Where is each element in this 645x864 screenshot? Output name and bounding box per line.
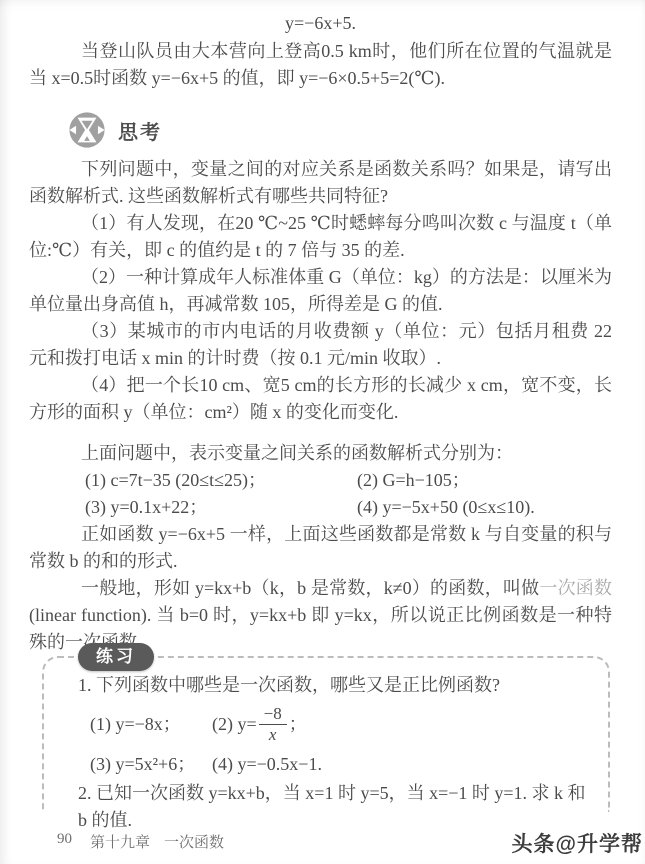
definition-text-pre: 一般地，形如 y=kx+b（k，b 是常数，k≠0）的函数，叫做: [81, 578, 539, 598]
solution-formula-1: (1) c=7t−35 (20≤t≤25)；: [85, 467, 357, 494]
solution-formula-3: (3) y=0.1x+22；: [85, 494, 357, 521]
exercise-item-2-suffix: ；: [289, 711, 307, 738]
chapter-title: 一次函数: [164, 831, 224, 852]
watermark: 头条@升学帮: [512, 828, 643, 858]
exercise-item-2: (2) y= −8 x ；: [212, 705, 588, 744]
exercise-box: 练习 1. 下列函数中哪些是一次函数，哪些又是正比例函数? (1) y=−8x；…: [42, 656, 610, 812]
exercise-item-1: (1) y=−8x；: [90, 711, 212, 738]
exercise-question-2: 2. 已知一次函数 y=kx+b，当 x=1 时 y=5，当 x=−1 时 y=…: [78, 780, 588, 834]
exercise-item-2-prefix: (2) y=: [212, 711, 257, 738]
textbook-page: y=−6x+5. 当登山队员由大本营向上登高0.5 km时，他们所在位置的气温就…: [0, 0, 645, 864]
fraction-denominator: x: [269, 725, 277, 744]
term-linear-function: 一次函数: [539, 578, 612, 598]
exercise-badge: 练习: [78, 643, 154, 671]
exercise-question-1: 1. 下列函数中哪些是一次函数，哪些又是正比例函数?: [78, 672, 588, 699]
exercise-q1-row-1: (1) y=−8x； (2) y= −8 x ；: [78, 701, 588, 747]
solution-formula-4: (4) y=−5x+50 (0≤x≤10).: [357, 494, 612, 521]
page-footer: 90 第十九章 一次函数: [57, 831, 224, 852]
exercise-item-4: (4) y=−0.5x−1.: [212, 751, 588, 778]
solutions-formula-grid: (1) c=7t−35 (20≤t≤25)； (2) G=h−105； (3) …: [29, 467, 612, 521]
definition-paragraph-1: 正如函数 y=−6x+5 一样，上面这些函数都是常数 k 与自变量的积与常数 b…: [29, 521, 612, 575]
page-number: 90: [57, 831, 72, 852]
think-item-4: （4）把一个长10 cm、宽5 cm的长方形的长减少 x cm，宽不变，长方形的…: [29, 372, 612, 426]
solution-formula-2: (2) G=h−105；: [357, 467, 612, 494]
think-item-3: （3）某城市的市内电话的月收费额 y（单位：元）包括月租费 22 元和拨打电话 …: [29, 318, 612, 372]
think-intro: 下列问题中，变量之间的对应关系是函数关系吗？如果是，请写出函数解析式. 这些函数…: [29, 156, 612, 210]
think-section-header: 思考: [68, 110, 612, 150]
fraction-neg8-over-x: −8 x: [259, 705, 287, 744]
think-item-2: （2）一种计算成年人标准体重 G（单位：kg）的方法是：以厘米为单位量出身高值 …: [29, 264, 612, 318]
fraction-numerator: −8: [259, 705, 287, 725]
intro-paragraph: 当登山队员由大本营向上登高0.5 km时，他们所在位置的气温就是当 x=0.5时…: [29, 38, 612, 92]
exercise-q1-row-2: (3) y=5x²+6； (4) y=−0.5x−1.: [78, 751, 588, 778]
page-content: y=−6x+5. 当登山队员由大本营向上登高0.5 km时，他们所在位置的气温就…: [0, 0, 645, 656]
solutions-intro: 上面问题中，表示变量之间关系的函数解析式分别为：: [29, 440, 612, 467]
think-hourglass-icon: [68, 111, 106, 149]
think-label: 思考: [118, 116, 162, 145]
exercise-item-3: (3) y=5x²+6；: [90, 751, 212, 778]
display-formula: y=−6x+5.: [29, 10, 612, 36]
think-item-1: （1）有人发现，在20 ℃~25 ℃时蟋蟀每分鸣叫次数 c 与温度 t（单位:℃…: [29, 210, 612, 264]
chapter-label: 第十九章: [90, 831, 150, 852]
